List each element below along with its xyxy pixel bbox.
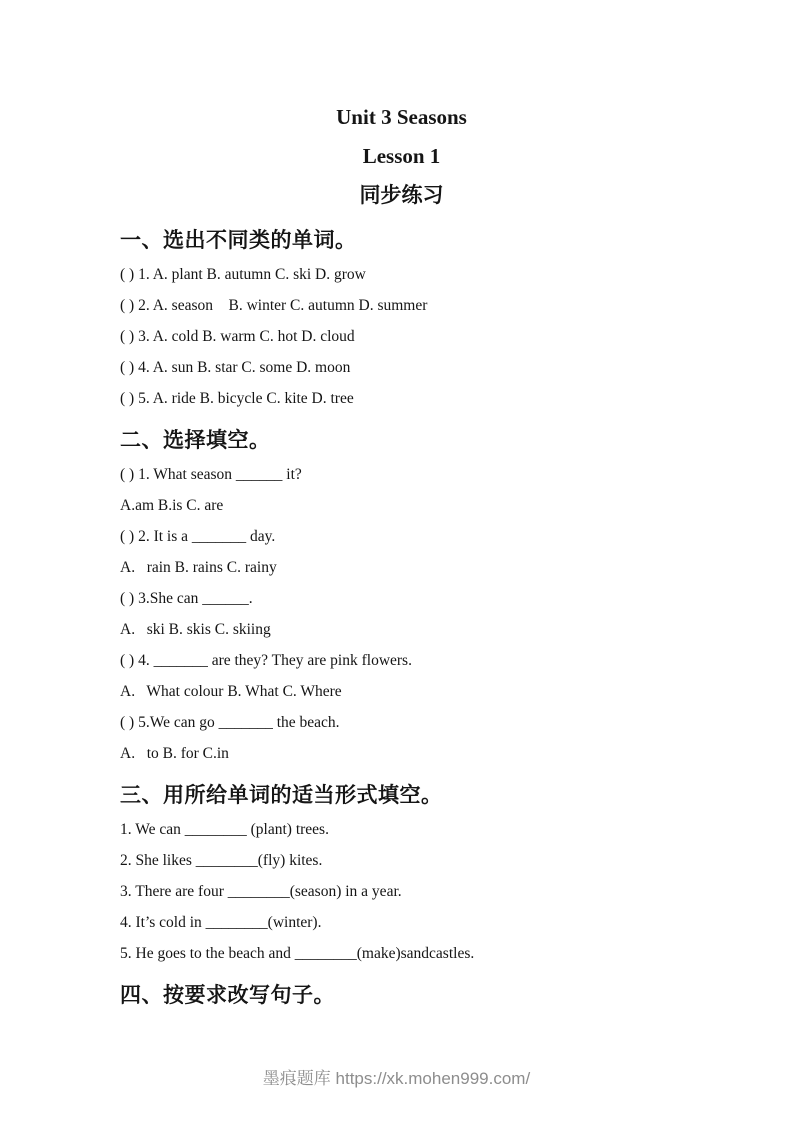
section-3-heading: 三、用所给单词的适当形式填空。 — [120, 782, 683, 808]
exercise-line: ( ) 1. A. plant B. autumn C. ski D. grow — [120, 267, 683, 283]
exercise-line: A. to B. for C.in — [120, 746, 683, 762]
exercise-line: 1. We can ________ (plant) trees. — [120, 822, 683, 838]
exercise-line: ( ) 5. A. ride B. bicycle C. kite D. tre… — [120, 391, 683, 407]
exercise-line: ( ) 2. A. season B. winter C. autumn D. … — [120, 298, 683, 314]
exercise-line: A. What colour B. What C. Where — [120, 684, 683, 700]
exercise-line: 5. He goes to the beach and ________(mak… — [120, 946, 683, 962]
exercise-line: ( ) 5.We can go _______ the beach. — [120, 715, 683, 731]
section-4-heading: 四、按要求改写句子。 — [120, 982, 683, 1008]
exercise-line: A.am B.is C. are — [120, 498, 683, 514]
document-body: Unit 3 Seasons Lesson 1 同步练习 一、选出不同类的单词。… — [120, 0, 683, 1022]
footer-watermark: 墨痕题库 https://xk.mohen999.com/ — [0, 1064, 793, 1089]
worksheet-page: Unit 3 Seasons Lesson 1 同步练习 一、选出不同类的单词。… — [0, 0, 793, 1122]
lesson-title: Lesson 1 — [120, 144, 683, 168]
exercise-line: ( ) 4. A. sun B. star C. some D. moon — [120, 360, 683, 376]
exercise-line: 2. She likes ________(fly) kites. — [120, 853, 683, 869]
exercise-line: ( ) 1. What season ______ it? — [120, 467, 683, 483]
exercise-line: 3. There are four ________(season) in a … — [120, 884, 683, 900]
unit-title: Unit 3 Seasons — [120, 0, 683, 129]
section-1-heading: 一、选出不同类的单词。 — [120, 227, 683, 253]
exercise-line: A. ski B. skis C. skiing — [120, 622, 683, 638]
section-2-heading: 二、选择填空。 — [120, 427, 683, 453]
exercise-line: ( ) 3. A. cold B. warm C. hot D. cloud — [120, 329, 683, 345]
exercise-line: ( ) 4. _______ are they? They are pink f… — [120, 653, 683, 669]
exercise-line: ( ) 2. It is a _______ day. — [120, 529, 683, 545]
exercise-line: A. rain B. rains C. rainy — [120, 560, 683, 576]
subtitle: 同步练习 — [120, 183, 683, 207]
exercise-line: ( ) 3.She can ______. — [120, 591, 683, 607]
exercise-line: 4. It’s cold in ________(winter). — [120, 915, 683, 931]
